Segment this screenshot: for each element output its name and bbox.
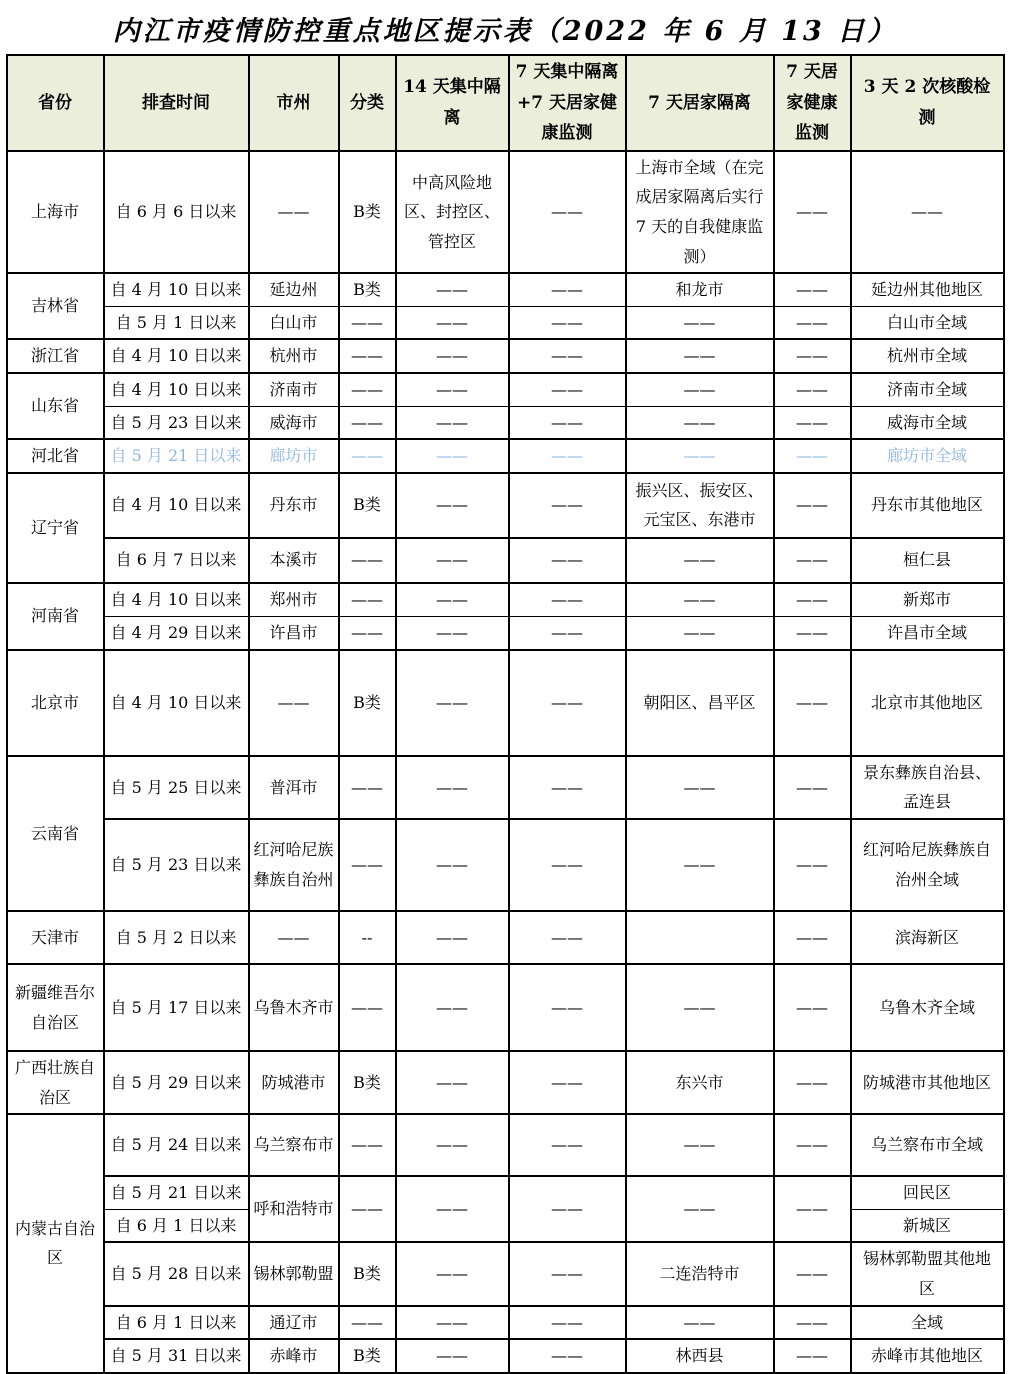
table-row: 新疆维吾尔自治区自 5 月 17 日以来乌鲁木齐市——————————乌鲁木齐全…	[7, 964, 1004, 1051]
table-cell: ——	[774, 756, 851, 819]
table-cell: ——	[509, 373, 626, 406]
table-cell: ——	[509, 1339, 626, 1373]
table-cell: 自 5 月 23 日以来	[104, 406, 249, 439]
table-cell: 白山市	[249, 306, 339, 339]
table-cell: 济南市	[249, 373, 339, 406]
table-cell: ——	[339, 1306, 396, 1340]
covid-region-table: 省份排查时间市州分类14 天集中隔离7 天集中隔离+7 天居家健康监测7 天居家…	[6, 54, 1005, 1374]
table-cell: 天津市	[7, 911, 104, 964]
table-cell: 内蒙古自治区	[7, 1114, 104, 1373]
table-cell: ——	[396, 819, 509, 911]
table-cell: 自 4 月 10 日以来	[104, 473, 249, 538]
table-cell: 新郑市	[851, 583, 1004, 617]
table-cell: ——	[626, 406, 774, 439]
table-cell: ——	[626, 306, 774, 339]
table-cell: 景东彝族自治县、孟连县	[851, 756, 1004, 819]
table-cell: B类	[339, 273, 396, 306]
table-cell: ——	[509, 1051, 626, 1114]
table-row: 自 6 月 1 日以来通辽市——————————全域	[7, 1306, 1004, 1340]
table-cell: 延边州	[249, 273, 339, 306]
table-cell: ——	[396, 911, 509, 964]
table-cell: 延边州其他地区	[851, 273, 1004, 306]
table-cell: ——	[396, 439, 509, 473]
table-cell: ——	[509, 538, 626, 583]
table-cell: ——	[851, 151, 1004, 273]
table-cell: 自 4 月 10 日以来	[104, 373, 249, 406]
table-cell: 防城港市其他地区	[851, 1051, 1004, 1114]
table-cell: 北京市	[7, 650, 104, 756]
table-cell: ——	[339, 306, 396, 339]
table-cell: 自 5 月 17 日以来	[104, 964, 249, 1051]
table-cell: 乌兰察布市	[249, 1114, 339, 1176]
table-cell: ——	[509, 1306, 626, 1340]
table-cell: 杭州市	[249, 339, 339, 373]
table-cell: ——	[774, 151, 851, 273]
table-cell: 滨海新区	[851, 911, 1004, 964]
table-cell: ——	[774, 273, 851, 306]
table-cell: 呼和浩特市	[249, 1176, 339, 1242]
table-cell: ——	[339, 538, 396, 583]
table-cell: ——	[774, 1051, 851, 1114]
table-cell: ——	[774, 339, 851, 373]
table-cell: 防城港市	[249, 1051, 339, 1114]
table-cell: ——	[626, 439, 774, 473]
table-cell: ——	[626, 819, 774, 911]
table-cell: ——	[626, 1306, 774, 1340]
table-cell: 本溪市	[249, 538, 339, 583]
table-cell: 济南市全域	[851, 373, 1004, 406]
table-cell: ——	[509, 964, 626, 1051]
table-cell: B类	[339, 151, 396, 273]
table-cell: 自 5 月 28 日以来	[104, 1242, 249, 1305]
table-cell: 廊坊市全域	[851, 439, 1004, 473]
table-cell: ——	[396, 1242, 509, 1305]
table-row: 云南省自 5 月 25 日以来普洱市——————————景东彝族自治县、孟连县	[7, 756, 1004, 819]
table-cell: 自 4 月 29 日以来	[104, 617, 249, 650]
table-cell: 北京市其他地区	[851, 650, 1004, 756]
table-cell: ——	[339, 1176, 396, 1242]
table-cell: 上海市全域（在完成居家隔离后实行 7 天的自我健康监测）	[626, 151, 774, 273]
table-row: 吉林省自 4 月 10 日以来延边州B类————和龙市——延边州其他地区	[7, 273, 1004, 306]
table-cell: 朝阳区、昌平区	[626, 650, 774, 756]
page: 内江市疫情防控重点地区提示表（2022 年 6 月 13 日） 省份排查时间市州…	[0, 0, 1010, 1374]
table-cell: ——	[774, 373, 851, 406]
header-row: 省份排查时间市州分类14 天集中隔离7 天集中隔离+7 天居家健康监测7 天居家…	[7, 55, 1004, 151]
table-cell: 自 5 月 25 日以来	[104, 756, 249, 819]
column-header: 7 天居家健康监测	[774, 55, 851, 151]
table-cell: 自 5 月 31 日以来	[104, 1339, 249, 1373]
table-cell: 赤峰市其他地区	[851, 1339, 1004, 1373]
table-cell: ——	[509, 1242, 626, 1305]
table-row: 河北省自 5 月 21 日以来廊坊市——————————廊坊市全域	[7, 439, 1004, 473]
table-row: 辽宁省自 4 月 10 日以来丹东市B类————振兴区、振安区、元宝区、东港市—…	[7, 473, 1004, 538]
table-cell: ——	[396, 617, 509, 650]
table-cell: ——	[396, 1176, 509, 1242]
table-row: 自 5 月 23 日以来威海市——————————威海市全域	[7, 406, 1004, 439]
table-cell: 乌鲁木齐全域	[851, 964, 1004, 1051]
table-cell: 锡林郭勒盟其他地区	[851, 1242, 1004, 1305]
table-cell: ——	[774, 1306, 851, 1340]
table-cell: 河南省	[7, 583, 104, 650]
table-cell: ——	[509, 406, 626, 439]
table-cell: 红河哈尼族彝族自治州全域	[851, 819, 1004, 911]
table-cell: ——	[774, 819, 851, 911]
column-header: 7 天居家隔离	[626, 55, 774, 151]
table-cell: 东兴市	[626, 1051, 774, 1114]
table-cell: ——	[249, 911, 339, 964]
table-cell: 普洱市	[249, 756, 339, 819]
table-cell: 丹东市	[249, 473, 339, 538]
table-cell: 自 5 月 29 日以来	[104, 1051, 249, 1114]
table-cell: 二连浩特市	[626, 1242, 774, 1305]
table-cell: ——	[396, 583, 509, 617]
table-cell: ——	[396, 756, 509, 819]
table-cell: ——	[396, 650, 509, 756]
table-row: 天津市自 5 月 2 日以来——--——————滨海新区	[7, 911, 1004, 964]
table-cell: 振兴区、振安区、元宝区、东港市	[626, 473, 774, 538]
table-cell: ——	[509, 439, 626, 473]
table-cell: 乌兰察布市全域	[851, 1114, 1004, 1176]
table-cell: ——	[339, 373, 396, 406]
table-cell: 自 5 月 1 日以来	[104, 306, 249, 339]
table-cell: ——	[509, 819, 626, 911]
table-cell: ——	[774, 583, 851, 617]
table-cell: 新城区	[851, 1209, 1004, 1242]
column-header: 省份	[7, 55, 104, 151]
table-cell: ——	[249, 650, 339, 756]
table-cell: ——	[339, 617, 396, 650]
table-cell: 自 6 月 7 日以来	[104, 538, 249, 583]
table-cell: --	[339, 911, 396, 964]
table-cell: 白山市全域	[851, 306, 1004, 339]
table-cell: ——	[774, 617, 851, 650]
table-cell: 辽宁省	[7, 473, 104, 583]
table-cell: 郑州市	[249, 583, 339, 617]
table-cell: ——	[339, 583, 396, 617]
table-cell: 自 4 月 10 日以来	[104, 339, 249, 373]
table-row: 自 5 月 28 日以来锡林郭勒盟B类————二连浩特市——锡林郭勒盟其他地区	[7, 1242, 1004, 1305]
table-cell: 许昌市全域	[851, 617, 1004, 650]
table-cell: ——	[396, 373, 509, 406]
table-cell: 桓仁县	[851, 538, 1004, 583]
table-cell: 河北省	[7, 439, 104, 473]
column-header: 分类	[339, 55, 396, 151]
table-cell: ——	[396, 964, 509, 1051]
table-cell: ——	[396, 273, 509, 306]
table-cell: 自 6 月 1 日以来	[104, 1209, 249, 1242]
table-cell: ——	[774, 650, 851, 756]
table-cell: 和龙市	[626, 273, 774, 306]
column-header: 3 天 2 次核酸检测	[851, 55, 1004, 151]
table-row: 山东省自 4 月 10 日以来济南市——————————济南市全域	[7, 373, 1004, 406]
table-cell: ——	[774, 473, 851, 538]
table-cell: ——	[396, 1114, 509, 1176]
table-cell: ——	[509, 273, 626, 306]
table-row: 河南省自 4 月 10 日以来郑州市——————————新郑市	[7, 583, 1004, 617]
table-cell: ——	[626, 964, 774, 1051]
table-cell: 威海市全域	[851, 406, 1004, 439]
table-cell: 中高风险地区、封控区、管控区	[396, 151, 509, 273]
table-cell: B类	[339, 650, 396, 756]
table-cell: ——	[509, 339, 626, 373]
table-cell: 自 5 月 2 日以来	[104, 911, 249, 964]
table-cell: ——	[626, 583, 774, 617]
table-cell: 自 4 月 10 日以来	[104, 583, 249, 617]
table-cell: 林西县	[626, 1339, 774, 1373]
table-cell: ——	[774, 911, 851, 964]
table-cell: ——	[774, 1176, 851, 1242]
table-cell: 自 5 月 21 日以来	[104, 1176, 249, 1209]
table-cell: ——	[339, 964, 396, 1051]
table-cell: 新疆维吾尔自治区	[7, 964, 104, 1051]
table-cell: 红河哈尼族彝族自治州	[249, 819, 339, 911]
table-cell: ——	[774, 406, 851, 439]
table-cell: 自 6 月 6 日以来	[104, 151, 249, 273]
table-cell: 通辽市	[249, 1306, 339, 1340]
table-cell: ——	[396, 1339, 509, 1373]
page-title: 内江市疫情防控重点地区提示表（2022 年 6 月 13 日）	[5, 2, 1005, 54]
table-cell: ——	[774, 1242, 851, 1305]
column-header: 排查时间	[104, 55, 249, 151]
table-body: 上海市自 6 月 6 日以来——B类中高风险地区、封控区、管控区——上海市全域（…	[7, 151, 1004, 1373]
table-cell: ——	[509, 473, 626, 538]
column-header: 14 天集中隔离	[396, 55, 509, 151]
table-cell: 浙江省	[7, 339, 104, 373]
table-cell: ——	[396, 473, 509, 538]
table-cell: 自 4 月 10 日以来	[104, 273, 249, 306]
table-cell: ——	[509, 650, 626, 756]
table-cell: B类	[339, 1051, 396, 1114]
table-cell: 回民区	[851, 1176, 1004, 1209]
table-cell: B类	[339, 1339, 396, 1373]
table-cell: ——	[396, 306, 509, 339]
table-cell: ——	[774, 306, 851, 339]
table-cell: 自 5 月 24 日以来	[104, 1114, 249, 1176]
table-row: 自 6 月 7 日以来本溪市——————————桓仁县	[7, 538, 1004, 583]
table-cell: ——	[509, 756, 626, 819]
table-row: 上海市自 6 月 6 日以来——B类中高风险地区、封控区、管控区——上海市全域（…	[7, 151, 1004, 273]
table-cell: ——	[774, 1114, 851, 1176]
table-cell: 吉林省	[7, 273, 104, 339]
table-row: 北京市自 4 月 10 日以来——B类————朝阳区、昌平区——北京市其他地区	[7, 650, 1004, 756]
table-cell: ——	[626, 756, 774, 819]
table-row: 内蒙古自治区自 5 月 24 日以来乌兰察布市——————————乌兰察布市全域	[7, 1114, 1004, 1176]
table-cell: 丹东市其他地区	[851, 473, 1004, 538]
table-cell: ——	[396, 406, 509, 439]
table-cell: ——	[396, 1051, 509, 1114]
table-row: 自 5 月 1 日以来白山市——————————白山市全域	[7, 306, 1004, 339]
table-row: 广西壮族自治区自 5 月 29 日以来防城港市B类————东兴市——防城港市其他…	[7, 1051, 1004, 1114]
table-header: 省份排查时间市州分类14 天集中隔离7 天集中隔离+7 天居家健康监测7 天居家…	[7, 55, 1004, 151]
table-cell: ——	[509, 1176, 626, 1242]
table-cell: ——	[626, 1176, 774, 1242]
table-cell: 杭州市全域	[851, 339, 1004, 373]
table-cell: ——	[774, 964, 851, 1051]
table-cell: 自 5 月 23 日以来	[104, 819, 249, 911]
table-cell: B类	[339, 1242, 396, 1305]
table-cell: ——	[626, 373, 774, 406]
table-cell: ——	[339, 406, 396, 439]
table-cell: B类	[339, 473, 396, 538]
table-cell: 廊坊市	[249, 439, 339, 473]
table-cell	[626, 911, 774, 964]
table-cell: ——	[249, 151, 339, 273]
table-cell: 威海市	[249, 406, 339, 439]
column-header: 7 天集中隔离+7 天居家健康监测	[509, 55, 626, 151]
table-cell: ——	[626, 339, 774, 373]
table-row: 自 5 月 21 日以来呼和浩特市——————————回民区	[7, 1176, 1004, 1209]
table-cell: ——	[339, 339, 396, 373]
table-cell: ——	[509, 306, 626, 339]
table-cell: ——	[339, 439, 396, 473]
table-cell: 锡林郭勒盟	[249, 1242, 339, 1305]
table-cell: 上海市	[7, 151, 104, 273]
table-cell: ——	[509, 151, 626, 273]
table-cell: 赤峰市	[249, 1339, 339, 1373]
table-cell: ——	[626, 538, 774, 583]
table-cell: 广西壮族自治区	[7, 1051, 104, 1114]
table-cell: 云南省	[7, 756, 104, 911]
table-cell: ——	[626, 1114, 774, 1176]
table-cell: ——	[396, 538, 509, 583]
table-row: 自 5 月 23 日以来红河哈尼族彝族自治州——————————红河哈尼族彝族自…	[7, 819, 1004, 911]
table-row: 自 4 月 29 日以来许昌市——————————许昌市全域	[7, 617, 1004, 650]
table-cell: ——	[509, 1114, 626, 1176]
table-cell: ——	[774, 1339, 851, 1373]
table-cell: ——	[774, 439, 851, 473]
table-row: 自 5 月 31 日以来赤峰市B类————林西县——赤峰市其他地区	[7, 1339, 1004, 1373]
table-cell: ——	[396, 339, 509, 373]
table-cell: ——	[774, 538, 851, 583]
table-cell: 山东省	[7, 373, 104, 439]
table-cell: ——	[339, 1114, 396, 1176]
table-cell: ——	[509, 583, 626, 617]
table-cell: 自 4 月 10 日以来	[104, 650, 249, 756]
table-cell: ——	[626, 617, 774, 650]
table-cell: ——	[339, 756, 396, 819]
table-cell: ——	[509, 617, 626, 650]
table-row: 浙江省自 4 月 10 日以来杭州市——————————杭州市全域	[7, 339, 1004, 373]
table-cell: 自 6 月 1 日以来	[104, 1306, 249, 1340]
column-header: 市州	[249, 55, 339, 151]
table-cell: ——	[509, 911, 626, 964]
table-cell: 乌鲁木齐市	[249, 964, 339, 1051]
table-cell: 全域	[851, 1306, 1004, 1340]
table-cell: 许昌市	[249, 617, 339, 650]
table-cell: ——	[339, 819, 396, 911]
table-cell: 自 5 月 21 日以来	[104, 439, 249, 473]
table-cell: ——	[396, 1306, 509, 1340]
